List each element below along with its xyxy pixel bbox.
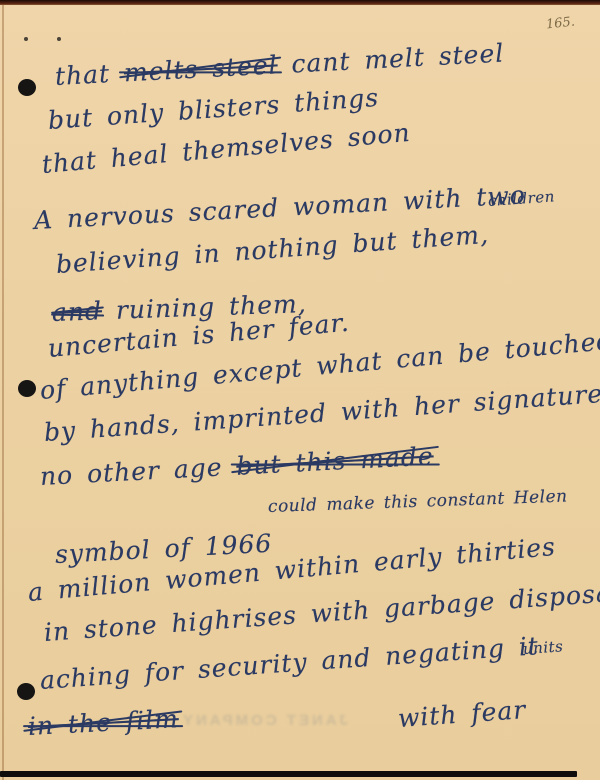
typed-bleedthrough-text: JANET COMPANY: [180, 712, 348, 729]
hole-punch: [17, 683, 35, 700]
inserted-line: could make this constant Helen: [268, 487, 568, 517]
struck-text: in the film: [27, 704, 179, 741]
ink-dot: [24, 37, 28, 41]
handwriting-line: in the film: [27, 704, 179, 741]
hole-punch: [18, 380, 36, 397]
struck-text: but this made: [236, 441, 435, 480]
struck-text: melts steel: [123, 50, 278, 87]
page-number: 165.: [545, 15, 575, 33]
scan-edge-bottom: [0, 771, 577, 777]
hw-text: no other age: [39, 452, 223, 491]
handwriting-line: that melts steel cant melt steel: [54, 38, 505, 90]
struck-text: and: [51, 296, 102, 327]
manuscript-page: 165. that melts steel cant melt steel bu…: [0, 0, 600, 780]
ink-dot: [57, 37, 61, 41]
scan-edge-top: [0, 0, 600, 5]
hw-text: that: [54, 59, 111, 91]
hw-text: cant melt steel: [291, 38, 505, 78]
handwriting-line: with fear: [397, 695, 527, 733]
handwriting-line: no other age but this made: [39, 441, 434, 491]
hole-punch: [18, 79, 36, 96]
left-paper-crease: [2, 5, 4, 780]
